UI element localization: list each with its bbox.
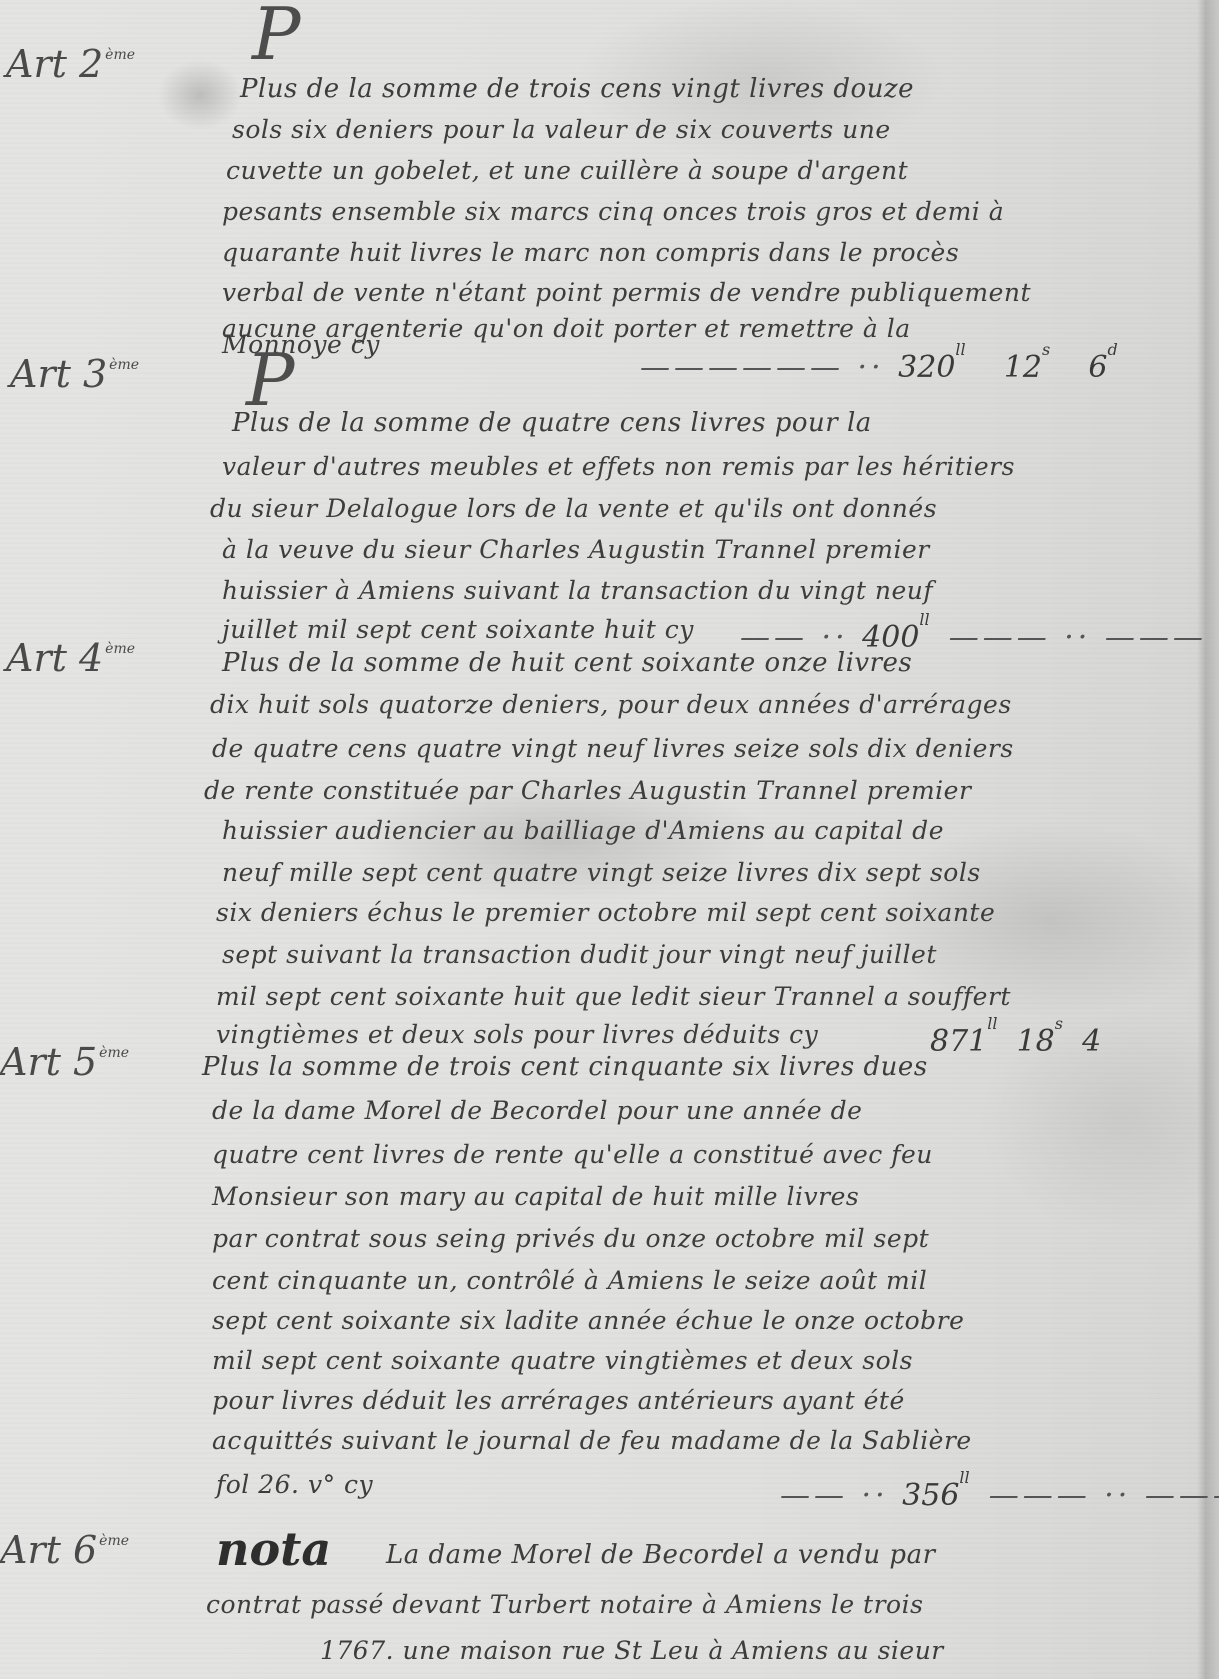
article-4-margin-label: Art 4ème [6, 636, 135, 680]
article-4-amount: 871ll 18s 4 [930, 1014, 1101, 1059]
article-3-line-1: Plus de la somme de quatre cens livres p… [232, 408, 872, 438]
article-5-margin-label: Art 5ème [0, 1040, 129, 1084]
article-2-dropcap: P [252, 0, 300, 76]
article-2-margin-label: Art 2ème [6, 42, 135, 86]
article-2-line-4: pesants ensemble six marcs cinq onces tr… [222, 197, 1004, 226]
article-5-line-11: fol 26. v° cy [216, 1470, 373, 1499]
article-3-line-4: à la veuve du sieur Charles Augustin Tra… [222, 535, 930, 564]
article-2-line-1: Plus de la somme de trois cens vingt liv… [240, 74, 914, 104]
article-5-line-4: Monsieur son mary au capital de huit mil… [212, 1182, 859, 1211]
article-2-line-6: verbal de vente n'étant point permis de … [222, 278, 1031, 307]
article-5-line-7: sept cent soixante six ladite année échu… [212, 1306, 964, 1335]
article-4-line-6: neuf mille sept cent quatre vingt seize … [222, 858, 981, 887]
article-6-margin-label: Art 6ème [0, 1528, 129, 1572]
article-5-line-2: de la dame Morel de Becordel pour une an… [212, 1096, 862, 1125]
nota-label: nota [216, 1522, 331, 1576]
article-5-amount: —— ·· 356ll ——— ·· ——— ·· [780, 1468, 1219, 1513]
article-4-line-5: huissier audiencier au bailliage d'Amien… [222, 816, 944, 845]
article-4-line-8: sept suivant la transaction dudit jour v… [222, 940, 937, 969]
article-5-line-1: Plus la somme de trois cent cinquante si… [202, 1052, 928, 1082]
article-4-line-2: dix huit sols quatorze deniers, pour deu… [210, 690, 1012, 719]
article-5-line-6: cent cinquante un, contrôlé à Amiens le … [212, 1266, 927, 1295]
article-6-line-2: contrat passé devant Turbert notaire à A… [206, 1590, 923, 1619]
article-3-line-6: juillet mil sept cent soixante huit cy [222, 615, 694, 644]
article-4-line-7: six deniers échus le premier octobre mil… [216, 898, 995, 927]
faded-stamp [1160, 1410, 1219, 1450]
article-4-line-9: mil sept cent soixante huit que ledit si… [216, 982, 1011, 1011]
article-6-line-3: 1767. une maison rue St Leu à Amiens au … [320, 1636, 944, 1665]
article-3-line-3: du sieur Delalogue lors de la vente et q… [210, 494, 937, 523]
article-2-line-3: cuvette un gobelet, et une cuillère à so… [226, 156, 908, 185]
article-4-line-3: de quatre cens quatre vingt neuf livres … [212, 734, 1014, 763]
article-3-line-5: huissier à Amiens suivant la transaction… [222, 576, 933, 605]
article-2-line-2: sols six deniers pour la valeur de six c… [232, 115, 891, 144]
article-4-line-10: vingtièmes et deux sols pour livres dédu… [216, 1020, 818, 1049]
article-5-line-8: mil sept cent soixante quatre vingtièmes… [212, 1346, 913, 1375]
article-4-line-4: de rente constituée par Charles Augustin… [204, 776, 971, 805]
article-5-line-9: pour livres déduit les arrérages antérie… [212, 1386, 905, 1415]
article-5-line-10: acquittés suivant le journal de feu mada… [212, 1426, 972, 1455]
article-3-line-2: valeur d'autres meubles et effets non re… [222, 452, 1015, 481]
article-2-line-5: quarante huit livres le marc non compris… [222, 238, 959, 267]
article-4-line-1: Plus de la somme de huit cent soixante o… [222, 648, 912, 678]
article-5-line-3: quatre cent livres de rente qu'elle a co… [212, 1140, 933, 1169]
article-6-line-1: La dame Morel de Becordel a vendu par [386, 1540, 936, 1570]
article-2-amount: —————— ·· 320ll 12s 6d [640, 340, 1118, 385]
article-5-line-5: par contrat sous seing privés du onze oc… [212, 1224, 929, 1253]
article-3-margin-label: Art 3ème [10, 352, 139, 396]
